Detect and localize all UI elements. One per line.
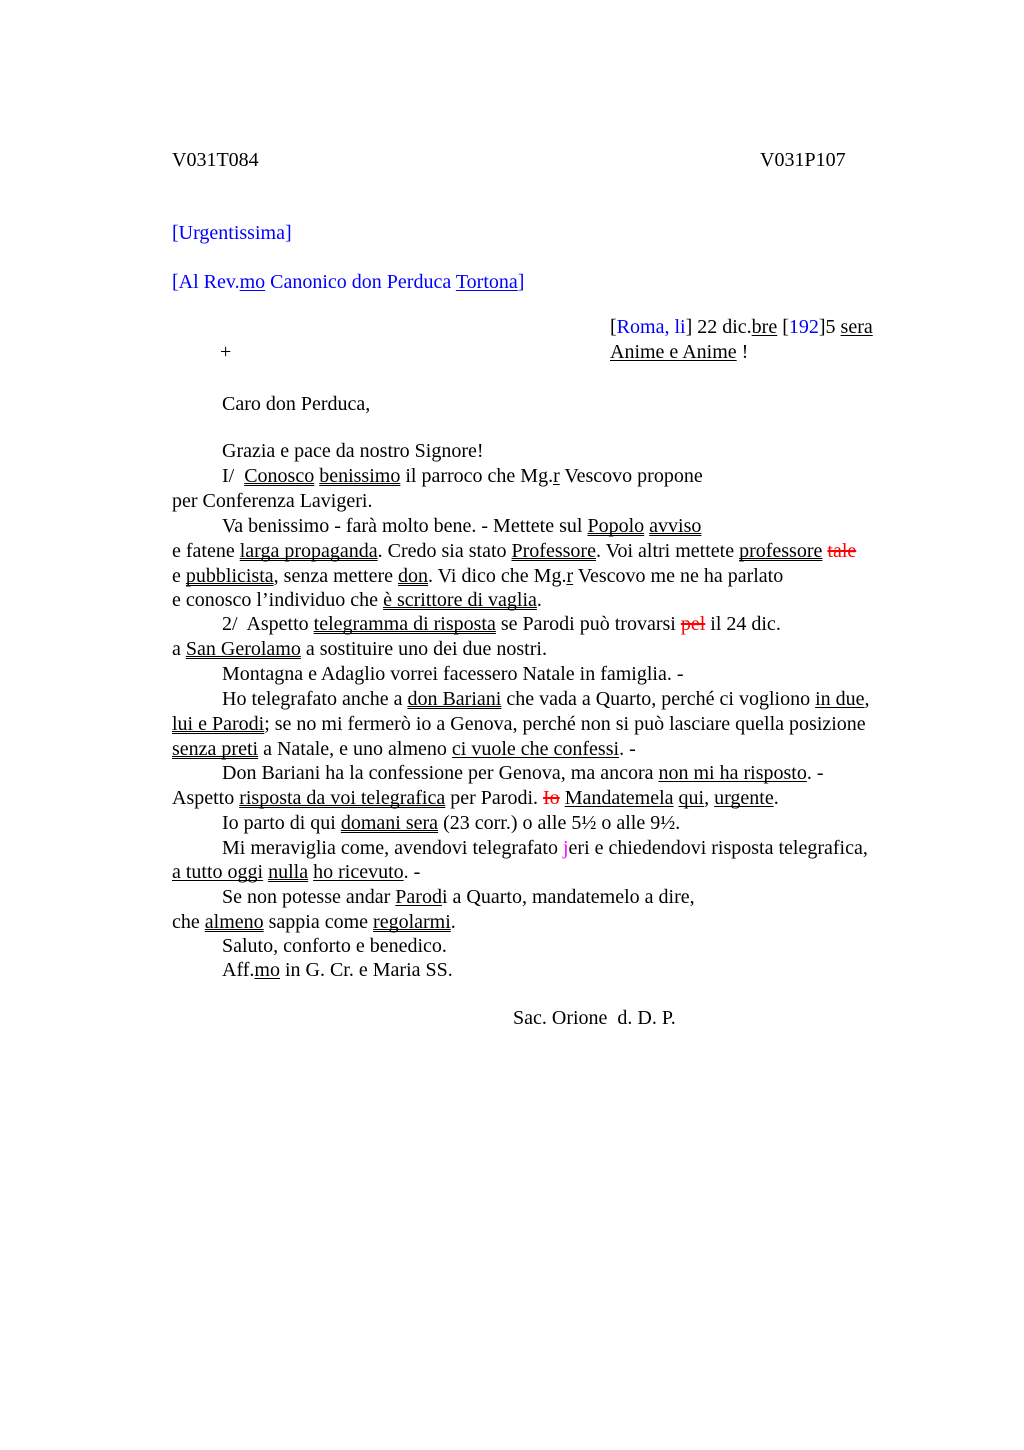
- editor-annotation-run: Tortona: [456, 271, 518, 293]
- text-run: Vescovo me ne ha parlato: [573, 565, 783, 587]
- text-run: per Conferenza Lavigeri.: [172, 490, 372, 512]
- text-run: don Bariani: [407, 688, 501, 710]
- text-run: Vescovo propone: [560, 465, 703, 487]
- letter-line: Saluto, conforto e benedico.: [222, 934, 447, 959]
- editor-annotation-run: [Al Rev.: [172, 271, 240, 293]
- text-run: San Gerolamo: [186, 638, 301, 660]
- text-run: Popolo: [587, 515, 644, 537]
- text-run: 2/ Aspetto: [222, 613, 314, 635]
- text-run: Professore: [512, 540, 596, 562]
- letter-line: Anime e Anime !: [610, 340, 748, 365]
- text-run: . -: [404, 861, 421, 883]
- text-run: Montagna e Adaglio vorrei facessero Nata…: [222, 663, 684, 685]
- letter-line: 2/ Aspetto telegramma di risposta se Par…: [222, 612, 781, 637]
- text-run: è scrittore di vaglia: [383, 589, 537, 611]
- text-run: Caro don Perduca,: [222, 393, 370, 415]
- text-run: a sostituire uno dei due nostri.: [301, 638, 547, 660]
- letter-line: I/ Conosco benissimo il parroco che Mg.r…: [222, 464, 703, 489]
- text-run: telegramma di risposta: [314, 613, 496, 635]
- text-run: lui e Parodi: [172, 713, 264, 735]
- text-run: Grazia e pace da nostro Signore!: [222, 440, 484, 462]
- letter-line: Va benissimo - farà molto bene. - Mettet…: [222, 514, 701, 539]
- text-run: Parod: [395, 886, 442, 908]
- letter-line: [Al Rev.mo Canonico don Perduca Tortona]: [172, 270, 524, 295]
- text-run: Anime e Anime: [610, 341, 737, 363]
- letter-line: senza preti a Natale, e uno almeno ci vu…: [172, 737, 636, 762]
- text-run: , senza mettere: [274, 565, 398, 587]
- text-run: e fatene: [172, 540, 240, 562]
- text-run: bre: [752, 316, 778, 338]
- archive-code-right: V031P107: [760, 148, 846, 173]
- text-run: Conosco: [244, 465, 314, 487]
- text-run: Mi meraviglia come, avendovi telegrafato: [222, 837, 563, 859]
- text-run: qui: [679, 787, 705, 809]
- letter-line: a tutto oggi nulla ho ricevuto. -: [172, 860, 420, 885]
- letter-line: Sac. Orione d. D. P.: [513, 1006, 676, 1031]
- letter-line: Caro don Perduca,: [222, 392, 370, 417]
- editor-annotation-run: ]: [518, 271, 525, 293]
- text-run: Se non potesse andar: [222, 886, 395, 908]
- text-run: . Credo sia stato: [378, 540, 512, 562]
- letter-line: [Urgentissima]: [172, 221, 292, 246]
- archive-code-left: V031T084: [172, 148, 259, 173]
- text-run: (23 corr.) o alle 5½ o alle 9½.: [438, 812, 680, 834]
- text-run: a: [172, 638, 186, 660]
- text-run: Saluto, conforto e benedico.: [222, 935, 447, 957]
- text-run: urgente: [714, 787, 774, 809]
- text-run: I/: [222, 465, 244, 487]
- text-run: larga propaganda: [240, 540, 378, 562]
- text-run: ,: [704, 787, 714, 809]
- text-run: [: [777, 316, 789, 338]
- text-run: e: [172, 565, 186, 587]
- letter-line: [Roma, li] 22 dic.bre [192]5 sera: [610, 315, 873, 340]
- text-run: mo: [254, 959, 280, 981]
- text-run: il parroco che Mg.: [400, 465, 553, 487]
- deleted-text-run: pel: [681, 613, 705, 635]
- text-run: . -: [619, 738, 636, 760]
- text-run: Sac. Orione d. D. P.: [513, 1007, 676, 1029]
- letter-line: e conosco l’individuo che è scrittore di…: [172, 588, 542, 613]
- text-run: . -: [807, 762, 824, 784]
- text-run: sera: [841, 316, 873, 338]
- deleted-text-run: Io: [543, 787, 560, 809]
- text-run: Don Bariani ha la confessione per Genova…: [222, 762, 659, 784]
- text-run: Aff.: [222, 959, 254, 981]
- text-run: !: [737, 341, 749, 363]
- text-run: in due: [815, 688, 864, 710]
- editor-annotation-run: [Urgentissima]: [172, 222, 292, 244]
- text-run: ci vuole che confessi: [452, 738, 619, 760]
- text-run: che vada a Quarto, perché ci vogliono: [501, 688, 815, 710]
- text-run: ]5: [819, 316, 841, 338]
- letter-line: Se non potesse andar Parodi a Quarto, ma…: [222, 885, 695, 910]
- letter-line: +: [220, 340, 231, 365]
- text-run: che: [172, 911, 205, 933]
- text-run: non mi ha risposto: [659, 762, 807, 784]
- editor-annotation-run: mo: [240, 271, 266, 293]
- text-run: . Voi altri mettete: [596, 540, 739, 562]
- text-run: Mandatemela: [565, 787, 674, 809]
- letter-line: lui e Parodi; se no mi fermerò io a Geno…: [172, 712, 866, 737]
- text-run: senza preti: [172, 738, 258, 760]
- letter-line: Ho telegrafato anche a don Bariani che v…: [222, 687, 870, 712]
- text-run: .: [537, 589, 542, 611]
- text-run: Io parto di qui: [222, 812, 341, 834]
- deleted-text-run: tale: [827, 540, 856, 562]
- letter-line: che almeno sappia come regolarmi.: [172, 910, 456, 935]
- text-run: in G. Cr. e Maria SS.: [280, 959, 453, 981]
- text-run: a tutto oggi: [172, 861, 263, 883]
- editor-annotation-run: 192: [789, 316, 819, 338]
- text-run: sappia come: [264, 911, 373, 933]
- letter-line: Aspetto risposta da voi telegrafica per …: [172, 786, 779, 811]
- text-run: per Parodi.: [445, 787, 543, 809]
- text-run: domani sera: [341, 812, 438, 834]
- text-run: ,: [865, 688, 870, 710]
- text-run: avviso: [649, 515, 701, 537]
- letter-line: Io parto di qui domani sera (23 corr.) o…: [222, 811, 680, 836]
- text-run: pubblicista: [186, 565, 274, 587]
- text-run: ] 22 dic.: [686, 316, 752, 338]
- letter-line: e fatene larga propaganda. Credo sia sta…: [172, 539, 856, 564]
- text-run: professore: [739, 540, 822, 562]
- text-run: . Vi dico che Mg.: [428, 565, 566, 587]
- text-run: risposta da voi telegrafica: [239, 787, 445, 809]
- document-page: V031T084 V031P107 [Urgentissima][Al Rev.…: [0, 0, 1024, 1450]
- text-run: Aspetto: [172, 787, 239, 809]
- editor-annotation-run: Roma, li: [617, 316, 686, 338]
- text-run: ; se no mi fermerò io a Genova, perché n…: [264, 713, 865, 735]
- letter-line: Montagna e Adaglio vorrei facessero Nata…: [222, 662, 684, 687]
- text-run: .: [774, 787, 779, 809]
- text-run: i a Quarto, mandatemelo a dire,: [442, 886, 695, 908]
- text-run: ho ricevuto: [313, 861, 404, 883]
- text-run: .: [451, 911, 456, 933]
- text-run: r: [553, 465, 560, 487]
- editor-annotation-run: Canonico don Perduca: [265, 271, 456, 293]
- text-run: nulla: [268, 861, 308, 883]
- text-run: benissimo: [319, 465, 400, 487]
- text-run: il 24 dic.: [705, 613, 781, 635]
- letter-line: Don Bariani ha la confessione per Genova…: [222, 761, 824, 786]
- text-run: eri e chiedendovi risposta telegrafica,: [569, 837, 868, 859]
- letter-line: Mi meraviglia come, avendovi telegrafato…: [222, 836, 868, 861]
- letter-line: Grazia e pace da nostro Signore!: [222, 439, 484, 464]
- text-run: [: [610, 316, 617, 338]
- text-run: Va benissimo - farà molto bene. - Mettet…: [222, 515, 587, 537]
- text-run: e conosco l’individuo che: [172, 589, 383, 611]
- letter-line: per Conferenza Lavigeri.: [172, 489, 372, 514]
- text-run: Ho telegrafato anche a: [222, 688, 407, 710]
- text-run: +: [220, 341, 231, 363]
- text-run: almeno: [205, 911, 264, 933]
- letter-line: a San Gerolamo a sostituire uno dei due …: [172, 637, 547, 662]
- letter-line: Aff.mo in G. Cr. e Maria SS.: [222, 958, 453, 983]
- text-run: se Parodi può trovarsi: [496, 613, 681, 635]
- text-run: a Natale, e uno almeno: [258, 738, 452, 760]
- text-run: don: [398, 565, 428, 587]
- text-run: regolarmi: [373, 911, 451, 933]
- letter-line: e pubblicista, senza mettere don. Vi dic…: [172, 564, 783, 589]
